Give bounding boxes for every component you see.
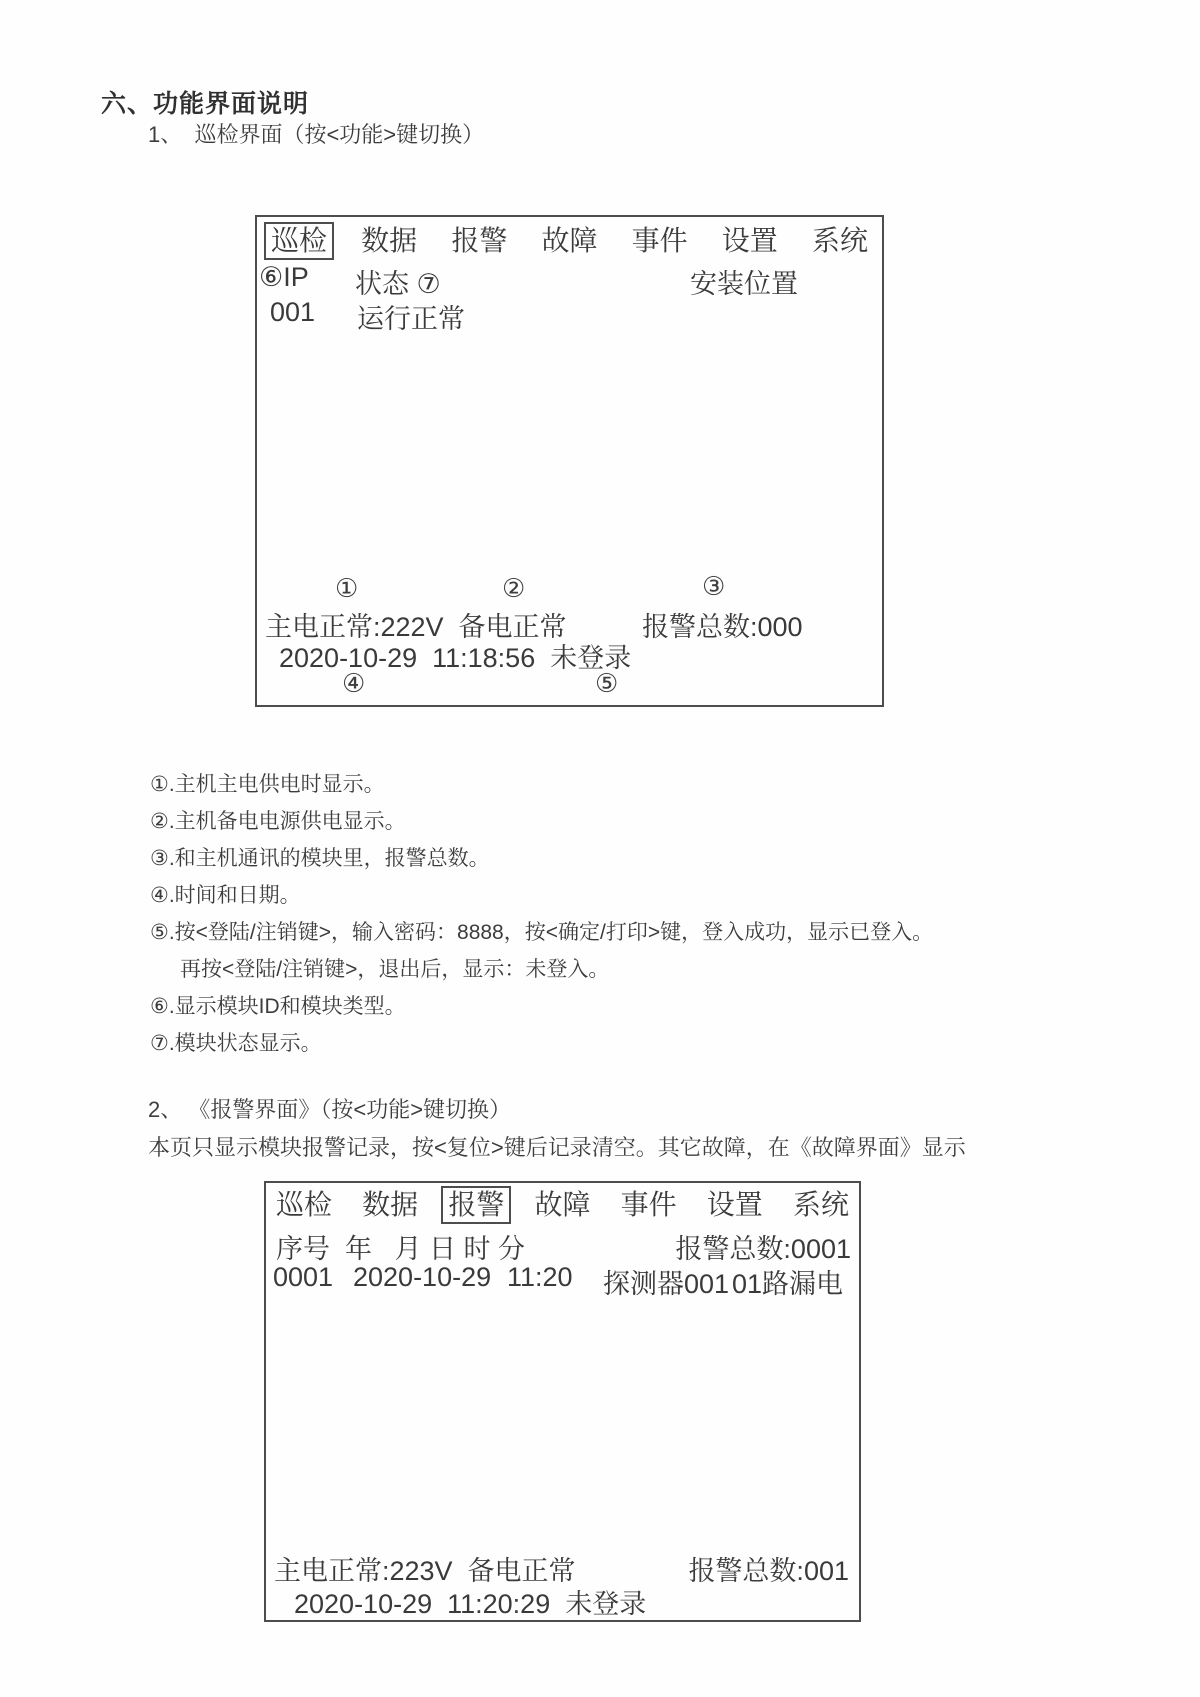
alarm-total-header: 报警总数:0001 [675,1227,851,1266]
subsection-2-title: 2、 《报警界面》（按<功能>键切换） [148,1093,511,1124]
screen1-menu-bar: 巡检 数据 报警 故障 事件 设置 系统 [257,225,882,257]
callout-1: ① [335,573,358,604]
callout-4: ④ [342,668,365,699]
alarm-screen-panel: 巡检 数据 报警 故障 事件 设置 系统 序号 年 月 日 时 分 报警总数:0… [264,1181,861,1622]
menu-item-patrol: 巡检 [264,222,334,260]
record-columns-label: 序号 年 月 日 时 分 [276,1227,525,1266]
menu-item-alarm: 报警 [441,1186,511,1224]
note-6: ⑥.显示模块ID和模块类型。 [150,988,1070,1025]
module-id-value: 001 [270,297,315,328]
menu-item-fault: 故障 [534,1189,590,1221]
module-status-value: 运行正常 [357,297,465,336]
callout-notes-list: ①.主机主电供电时显示。 ②.主机备电电源供电显示。 ③.和主机通讯的模块里，报… [150,766,1070,1062]
column-ip-label: ⑥IP [259,262,309,293]
menu-item-patrol: 巡检 [276,1189,332,1221]
record-seq: 0001 [273,1262,333,1293]
record-device: 探测器001 [603,1262,729,1301]
menu-item-event: 事件 [621,1189,677,1221]
callout-5: ⑤ [595,668,618,699]
datetime-login-text: 2020-10-29 11:18:56 未登录 [279,636,631,675]
menu-item-alarm: 报警 [451,225,507,257]
record-event: 01路漏电 [732,1262,843,1301]
record-time: 11:20 [507,1262,573,1293]
note-7: ⑦.模块状态显示。 [150,1025,1070,1062]
menu-item-system: 系统 [793,1189,849,1221]
menu-item-fault: 故障 [541,225,597,257]
callout-3: ③ [702,571,725,602]
note-2: ②.主机备电电源供电显示。 [150,803,1070,840]
menu-item-data: 数据 [361,225,417,257]
note-5-continued: 再按<登陆/注销键>，退出后，显示：未登入。 [150,951,1070,988]
manual-page: 六、功能界面说明 1、 巡检界面（按<功能>键切换） 巡检 数据 报警 故障 事… [0,0,1200,1697]
menu-item-settings: 设置 [707,1189,763,1221]
callout-2: ② [502,573,525,604]
note-4: ④.时间和日期。 [150,877,1070,914]
alarm-total-text: 报警总数:000 [642,605,803,644]
datetime-login-text: 2020-10-29 11:20:29 未登录 [294,1582,646,1621]
column-status-label: 状态 ⑦ [355,262,441,301]
record-date: 2020-10-29 [353,1262,491,1293]
subsection-1-title: 1、 巡检界面（按<功能>键切换） [148,118,484,149]
alarm-total-text: 报警总数:001 [688,1549,849,1588]
menu-item-settings: 设置 [722,225,778,257]
note-5: ⑤.按<登陆/注销键>，输入密码：8888，按<确定/打印>键，登入成功，显示已… [150,914,1070,951]
menu-item-data: 数据 [362,1189,418,1221]
menu-item-system: 系统 [812,225,868,257]
section-title: 六、功能界面说明 [101,84,309,120]
note-3: ③.和主机通讯的模块里，报警总数。 [150,840,1070,877]
patrol-screen-panel: 巡检 数据 报警 故障 事件 设置 系统 ⑥IP 状态 ⑦ 安装位置 001 运… [255,215,884,707]
menu-item-event: 事件 [632,225,688,257]
note-1: ①.主机主电供电时显示。 [150,766,1070,803]
screen2-menu-bar: 巡检 数据 报警 故障 事件 设置 系统 [266,1189,859,1221]
column-location-label: 安装位置 [690,262,798,301]
subsection-2-description: 本页只显示模块报警记录，按<复位>键后记录清空。其它故障，在《故障界面》显示 [148,1131,966,1162]
